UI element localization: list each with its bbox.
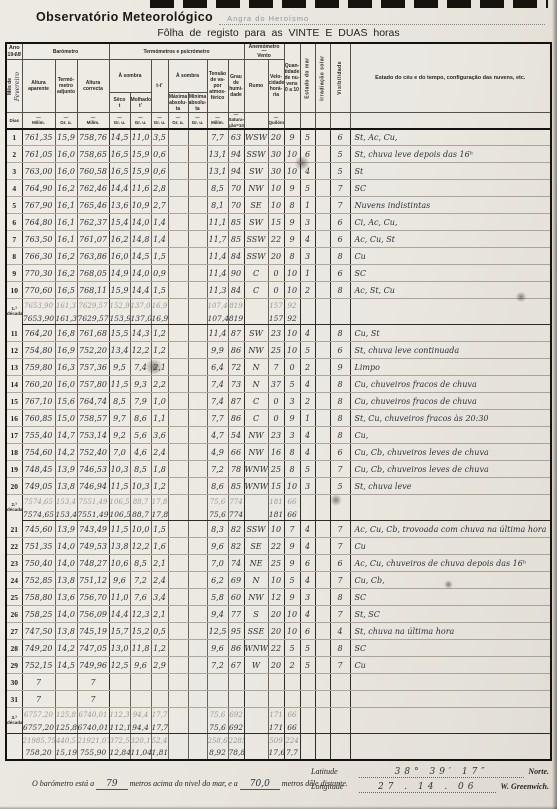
cell-hu: 85 <box>228 231 244 248</box>
cell-d: 3.ª década <box>6 708 22 734</box>
cell-mx <box>168 129 188 146</box>
cell-hu: 87 <box>228 393 244 410</box>
header-row-groups: Ano 1948 Mês de Fevereiro Barómetro Term… <box>6 43 551 60</box>
cell-ta: 16,3 <box>55 359 77 376</box>
cell-nu: 10 <box>284 478 300 495</box>
cell-te: 107,4 <box>207 312 228 325</box>
cell-ce <box>350 708 551 721</box>
cell-d: 24 <box>6 572 22 589</box>
cell-mo: 14,5 <box>130 248 151 265</box>
scan-edge-shadow <box>552 0 557 809</box>
table-row-day-6: 6764,8016,1762,3715,414,01,411,185SW1593… <box>6 214 551 231</box>
cell-te: 12,5 <box>207 623 228 640</box>
cell-ir <box>315 640 330 657</box>
col-minima: Mínima absolu­ta <box>188 93 207 113</box>
table-row-dec: 7574,65153,47551,49106,588,717,875,67741… <box>6 508 551 521</box>
cell-mn <box>188 461 207 478</box>
cell-mx <box>168 495 188 508</box>
cell-aa: 745,60 <box>22 521 55 538</box>
cell-mn <box>188 572 207 589</box>
cell-se: 9,2 <box>109 427 130 444</box>
cell-te: 11,4 <box>207 248 228 265</box>
group-anemometro: Anemómetro—Vento <box>244 43 284 60</box>
register-table: Ano 1948 Mês de Fevereiro Barómetro Term… <box>5 42 552 761</box>
cell-ce: SC <box>350 265 551 282</box>
cell-se: 152,9 <box>109 299 130 312</box>
cell-ma: 5 <box>300 129 315 146</box>
cell-ac: 762,37 <box>77 214 109 231</box>
cell-ru <box>244 708 268 721</box>
cell-vi: 8 <box>330 248 350 265</box>
cell-aa: 748,45 <box>22 461 55 478</box>
cell-ma <box>300 508 315 521</box>
cell-ce: St, chuva leve <box>350 478 551 495</box>
table-row-day-14: 14760,2016,0757,8011,59,32,27,473N37548C… <box>6 376 551 393</box>
cell-ir <box>315 282 330 299</box>
cell-vi: 7 <box>330 521 350 538</box>
cell-te: 11,4 <box>207 265 228 282</box>
cell-vi: 5 <box>330 478 350 495</box>
cell-ce: Cu <box>350 538 551 555</box>
cell-ve: 15 <box>268 478 284 495</box>
cell-ve: 181 <box>268 495 284 508</box>
cell-mx <box>168 572 188 589</box>
cell-mn <box>188 359 207 376</box>
cell-tt: 2,9 <box>151 657 168 674</box>
cell-tt: 2,8 <box>151 180 168 197</box>
cell-mx <box>168 163 188 180</box>
cell-ve: 22 <box>268 640 284 657</box>
cell-vi <box>330 734 350 747</box>
cell-d: 11 <box>6 325 22 342</box>
cell-hu: 774 <box>228 508 244 521</box>
cell-te: 7,7 <box>207 410 228 427</box>
cell-ma: 1 <box>300 197 315 214</box>
cell-ve <box>268 674 284 691</box>
cell-ve: 157 <box>268 312 284 325</box>
cell-vi: 5 <box>330 163 350 180</box>
cell-d: 9 <box>6 265 22 282</box>
cell-nu: 9 <box>284 129 300 146</box>
cell-nu: 8 <box>284 444 300 461</box>
cell-ma: 5 <box>300 640 315 657</box>
cell-ma: 5 <box>300 461 315 478</box>
cell-nu: 66 <box>284 708 300 721</box>
cell-ve: 20 <box>268 606 284 623</box>
table-row-dec: 7653,90161,37629,57153,9137,016,9107,481… <box>6 312 551 325</box>
cell-mn <box>188 197 207 214</box>
group-barometro: Barómetro <box>22 43 109 60</box>
cell-ma: 6 <box>300 623 315 640</box>
cell-nu: 2 <box>284 657 300 674</box>
cell-ac: 6740,01 <box>77 708 109 721</box>
cell-ma <box>300 691 315 708</box>
cell-ir <box>315 393 330 410</box>
cell-d: 28 <box>6 640 22 657</box>
cell-nu: 10 <box>284 146 300 163</box>
coordinates: Latitude 38° 39′ 17″ Norte. Longitude 27… <box>311 767 549 797</box>
cell-se: 13,6 <box>109 197 130 214</box>
cell-se: 9,6 <box>109 572 130 589</box>
cell-ve: 20 <box>268 657 284 674</box>
cell-ta: 14,0 <box>55 606 77 623</box>
cell-mn <box>188 312 207 325</box>
cell-mo <box>130 691 151 708</box>
table-row-day-7: 7763,5016,1761,0716,214,81,411,785SSW229… <box>6 231 551 248</box>
cell-vi <box>330 508 350 521</box>
cell-vi: 6 <box>330 555 350 572</box>
station-name-stamp: Angra do Heroísmo <box>219 14 545 25</box>
table-row-day-3: 3763,0016,0760,5816,515,90,613,194SW3010… <box>6 163 551 180</box>
cell-ta: 13,9 <box>55 521 77 538</box>
cell-nu <box>284 691 300 708</box>
cell-mo: 15,9 <box>130 163 151 180</box>
table-row-decfaint: 2.ª década7574,65153,47551,49106,588,717… <box>6 495 551 508</box>
unit-ce <box>350 113 551 129</box>
cell-ac: 7 <box>77 691 109 708</box>
cell-se: 11,5 <box>109 376 130 393</box>
cell-aa: 751,35 <box>22 538 55 555</box>
cell-ma: 4 <box>300 521 315 538</box>
cell-hu: 2285 <box>228 734 244 747</box>
table-row-day-15: 15767,1015,6764,748,57,91,07,487C0328Cu,… <box>6 393 551 410</box>
cell-ta: 16,0 <box>55 163 77 180</box>
cell-mo: 320,1 <box>130 734 151 747</box>
cell-tt: 3,6 <box>151 427 168 444</box>
cell-ce: SC <box>350 589 551 606</box>
cell-hu: 819 <box>228 312 244 325</box>
cell-ru: NW <box>244 342 268 359</box>
cell-ve <box>268 691 284 708</box>
cell-ma: 2 <box>300 393 315 410</box>
cell-mn <box>188 163 207 180</box>
cell-te: 9,4 <box>207 606 228 623</box>
cell-mo: 14,0 <box>130 265 151 282</box>
latitude-label: Latitude <box>311 767 355 776</box>
cell-aa: 761,35 <box>22 129 55 146</box>
cell-mx <box>168 299 188 312</box>
cell-aa: 749,05 <box>22 478 55 495</box>
cell-mn <box>188 444 207 461</box>
cell-nu: 5 <box>284 640 300 657</box>
cell-aa: 754,80 <box>22 342 55 359</box>
cell-te: 11,4 <box>207 325 228 342</box>
cell-ir <box>315 461 330 478</box>
cell-ma: 4 <box>300 427 315 444</box>
year-month-cell: Ano 1948 Mês de Fevereiro <box>6 43 22 113</box>
cell-mx <box>168 265 188 282</box>
cell-hu: 54 <box>228 427 244 444</box>
cell-d: 8 <box>6 248 22 265</box>
cell-ac: 745,19 <box>77 623 109 640</box>
cell-te: 9,6 <box>207 538 228 555</box>
cell-vi: 7 <box>330 657 350 674</box>
cell-te: 11,1 <box>207 214 228 231</box>
cell-ma: 3 <box>300 248 315 265</box>
cell-aa: 755,40 <box>22 427 55 444</box>
cell-ma: 4 <box>300 163 315 180</box>
cell-mn <box>188 657 207 674</box>
cell-ve: 0 <box>268 410 284 427</box>
cell-hu: 70 <box>228 180 244 197</box>
cell-ac: 765,46 <box>77 197 109 214</box>
cell-mn <box>188 521 207 538</box>
cell-mn <box>188 325 207 342</box>
cell-hu: 67 <box>228 657 244 674</box>
cell-te: 7,2 <box>207 461 228 478</box>
cell-mx <box>168 410 188 427</box>
col-nuvens: Quan­tidade de nu­vens 0 a 10 <box>284 43 300 113</box>
cell-vi <box>330 674 350 691</box>
cell-ta <box>55 674 77 691</box>
table-row-day-27: 27747,5013,8745,1915,715,20,512,595SSE20… <box>6 623 551 640</box>
cell-ru: N <box>244 376 268 393</box>
cell-ve: 509 <box>268 734 284 747</box>
cell-ru: C <box>244 282 268 299</box>
group-a-sombra-2: À sombra <box>168 60 207 93</box>
cell-te: 7,0 <box>207 555 228 572</box>
cell-ir <box>315 325 330 342</box>
cell-ce <box>350 312 551 325</box>
cell-ta: 16,0 <box>55 376 77 393</box>
cell-ma <box>300 708 315 721</box>
col-irradiacao: Irradiação solar <box>315 43 330 113</box>
cell-ac: 21921,07 <box>77 734 109 747</box>
table-row-day-12: 12754,8016,9752,2013,412,21,29,986NW2510… <box>6 342 551 359</box>
cell-ce: Cu <box>350 248 551 265</box>
cell-mx <box>168 508 188 521</box>
cell-ta: 125,8 <box>55 721 77 734</box>
cell-ac: 758,57 <box>77 410 109 427</box>
cell-ac: 7629,57 <box>77 312 109 325</box>
cell-d: 20 <box>6 478 22 495</box>
col-altura-aparente: Altura aparente <box>22 60 55 113</box>
cell-tt: 17,8 <box>151 495 168 508</box>
cell-ac: 749,96 <box>77 657 109 674</box>
cell-mo: 12,2 <box>130 538 151 555</box>
cell-vi: 8 <box>330 376 350 393</box>
col-t-t: t-t’ <box>151 60 168 113</box>
cell-tt: 1,6 <box>151 538 168 555</box>
cell-tt: 1,5 <box>151 248 168 265</box>
cell-mn <box>188 342 207 359</box>
cell-mn <box>188 606 207 623</box>
cell-nu: 9 <box>284 555 300 572</box>
cell-hu: 692 <box>228 708 244 721</box>
cell-vi: 7 <box>330 572 350 589</box>
table-row-day-17: 17755,4014,7753,149,25,63,64,754NW23348C… <box>6 427 551 444</box>
cell-ma: 6 <box>300 555 315 572</box>
cell-tt: 0,5 <box>151 623 168 640</box>
cell-ir <box>315 359 330 376</box>
cell-ce: Ac, Cu, Cb, trovoada com chuva na última… <box>350 521 551 538</box>
cell-mo: 4,6 <box>130 444 151 461</box>
cell-nu: 66 <box>284 495 300 508</box>
table-row-day-24: 24752,8513,8751,129,67,22,46,269N10547Cu… <box>6 572 551 589</box>
cell-se: 8,5 <box>109 393 130 410</box>
cell-ma: 4 <box>300 606 315 623</box>
cell-ru <box>244 721 268 734</box>
longitude-suffix: W. Greenwich. <box>500 782 549 791</box>
cell-mx <box>168 478 188 495</box>
cell-mo: 5,6 <box>130 427 151 444</box>
cell-ac: 768,11 <box>77 282 109 299</box>
cell-ir <box>315 555 330 572</box>
cell-tt: 52,4 <box>151 734 168 747</box>
unit-nu <box>284 113 300 129</box>
cell-d: 22 <box>6 538 22 555</box>
cell-se: 112,1 <box>109 721 130 734</box>
cell-te: 9,9 <box>207 342 228 359</box>
cell-ta: 16,0 <box>55 146 77 163</box>
cell-vi: 8 <box>330 589 350 606</box>
cell-ac: 747,05 <box>77 640 109 657</box>
cell-te: 6,4 <box>207 359 228 376</box>
cell-mn <box>188 393 207 410</box>
table-body: 1761,3515,9758,7614,511,03,57,763WSW2095… <box>6 129 551 760</box>
cell-hu: 60 <box>228 589 244 606</box>
cell-hu: 82 <box>228 538 244 555</box>
cell-ce: St, Cu, chuveiros fracos às 20:30 <box>350 410 551 427</box>
cell-aa: 770,30 <box>22 265 55 282</box>
cell-ir <box>315 197 330 214</box>
cell-hu: 819 <box>228 299 244 312</box>
cell-nu: 5 <box>284 376 300 393</box>
cell-mo: 7,9 <box>130 393 151 410</box>
cell-hu: 86 <box>228 410 244 427</box>
cell-ma <box>300 734 315 747</box>
cell-d: 14 <box>6 376 22 393</box>
cell-mo: 94,4 <box>130 721 151 734</box>
cell-ma: 5 <box>300 342 315 359</box>
cell-ma: 3 <box>300 214 315 231</box>
cell-mo: 7,6 <box>130 589 151 606</box>
cell-tt: 1,4 <box>151 214 168 231</box>
cell-ac: 748,27 <box>77 555 109 572</box>
table-row-day-26: 26758,2514,0756,0914,412,32,19,477S20104… <box>6 606 551 623</box>
cell-mn <box>188 427 207 444</box>
cell-nu: 224 <box>284 734 300 747</box>
cell-ac: 762,46 <box>77 180 109 197</box>
cell-mo: 14,4 <box>130 282 151 299</box>
cell-tt: 1,5 <box>151 521 168 538</box>
cell-d <box>6 734 22 747</box>
cell-nu: 8 <box>284 248 300 265</box>
cell-ma <box>300 674 315 691</box>
cell-hu: 774 <box>228 495 244 508</box>
cell-ve: 171 <box>268 721 284 734</box>
table-row-day-28: 28749,2014,2747,0513,011,81,29,686WNW225… <box>6 640 551 657</box>
table-row-day-16: 16760,8515,0758,579,78,61,17,786C0918St,… <box>6 410 551 427</box>
cell-mn <box>188 640 207 657</box>
cell-ce: SC <box>350 640 551 657</box>
table-row-day-21: 21745,6013,9743,4911,510,01,58,382SSW107… <box>6 521 551 538</box>
cell-se: 372,5 <box>109 734 130 747</box>
cell-nu: 10 <box>284 342 300 359</box>
col-estado-mar: Estado do mar <box>300 43 315 113</box>
cell-ru: N <box>244 359 268 376</box>
cell-hu: 72 <box>228 359 244 376</box>
cell-mn <box>188 376 207 393</box>
unit-hu: Satura­ção=100 <box>228 113 244 129</box>
cell-tt <box>151 674 168 691</box>
cell-vi: 5 <box>330 146 350 163</box>
cell-te: 13,1 <box>207 163 228 180</box>
cell-ta: 14,0 <box>55 555 77 572</box>
cell-se: 12,5 <box>109 657 130 674</box>
cell-ir <box>315 342 330 359</box>
table-row-day-11: 11764,2016,8761,6815,514,31,211,487SW231… <box>6 325 551 342</box>
cell-hu: 94 <box>228 163 244 180</box>
cell-tt: 2,4 <box>151 572 168 589</box>
cell-d: 1.ª década <box>6 299 22 325</box>
cell-ru: C <box>244 410 268 427</box>
cell-ir <box>315 478 330 495</box>
cell-vi: 7 <box>330 538 350 555</box>
header-row-units: Dias Milím. Gr. u. Milím. Gr. u. Gr. u. … <box>6 113 551 129</box>
cell-mx <box>168 427 188 444</box>
cell-ac: 749,53 <box>77 538 109 555</box>
cell-aa: 763,50 <box>22 231 55 248</box>
cell-hu: 85 <box>228 478 244 495</box>
unit-te: Milím. <box>207 113 228 129</box>
sheet-title: Fôlha de registo para as VINTE E DUAS ho… <box>0 27 557 39</box>
cell-hu: 84 <box>228 248 244 265</box>
cell-hu: 63 <box>228 129 244 146</box>
col-grau-humidade: Grau de humi­dade <box>228 60 244 113</box>
cell-ir <box>315 708 330 721</box>
cell-mx <box>168 521 188 538</box>
cell-vi <box>330 312 350 325</box>
cell-ru: SSW <box>244 146 268 163</box>
cell-ac: 768,05 <box>77 265 109 282</box>
cell-mo: 10,0 <box>130 521 151 538</box>
cell-ve: 30 <box>268 163 284 180</box>
cell-se: 7,0 <box>109 444 130 461</box>
cell-tt: 0,6 <box>151 163 168 180</box>
cell-ir <box>315 180 330 197</box>
cell-mx <box>168 734 188 747</box>
cell-ta: 16,8 <box>55 325 77 342</box>
cell-se: 15,4 <box>109 214 130 231</box>
cell-te: 7,2 <box>207 657 228 674</box>
unit-dias: Dias <box>6 113 22 129</box>
cell-ma: 3 <box>300 478 315 495</box>
cell-ru: NW <box>244 180 268 197</box>
cell-d: 3 <box>6 163 22 180</box>
unit-ma <box>300 113 315 129</box>
cell-ru: SE <box>244 538 268 555</box>
cell-te: 11,3 <box>207 282 228 299</box>
cell-ce: Cu, Cb, chuveiros leves de chuva <box>350 444 551 461</box>
cell-tt: 16,9 <box>151 312 168 325</box>
cell-mo: 15,2 <box>130 623 151 640</box>
cell-mo: 94,4 <box>130 708 151 721</box>
cell-aa: 747,50 <box>22 623 55 640</box>
cell-ru: SE <box>244 197 268 214</box>
cell-ve: 23 <box>268 427 284 444</box>
cell-ce: Cu <box>350 657 551 674</box>
cell-ce <box>350 495 551 508</box>
cell-d: 5 <box>6 197 22 214</box>
table-row-day-19: 19748,4513,9746,5310,38,51,87,278WNW2585… <box>6 461 551 478</box>
cell-ru: WNW <box>244 478 268 495</box>
cell-ve: 171 <box>268 708 284 721</box>
cell-aa: 7653,90 <box>22 312 55 325</box>
cell-ac: 757,36 <box>77 359 109 376</box>
cell-aa: 7 <box>22 674 55 691</box>
cell-d: 16 <box>6 410 22 427</box>
